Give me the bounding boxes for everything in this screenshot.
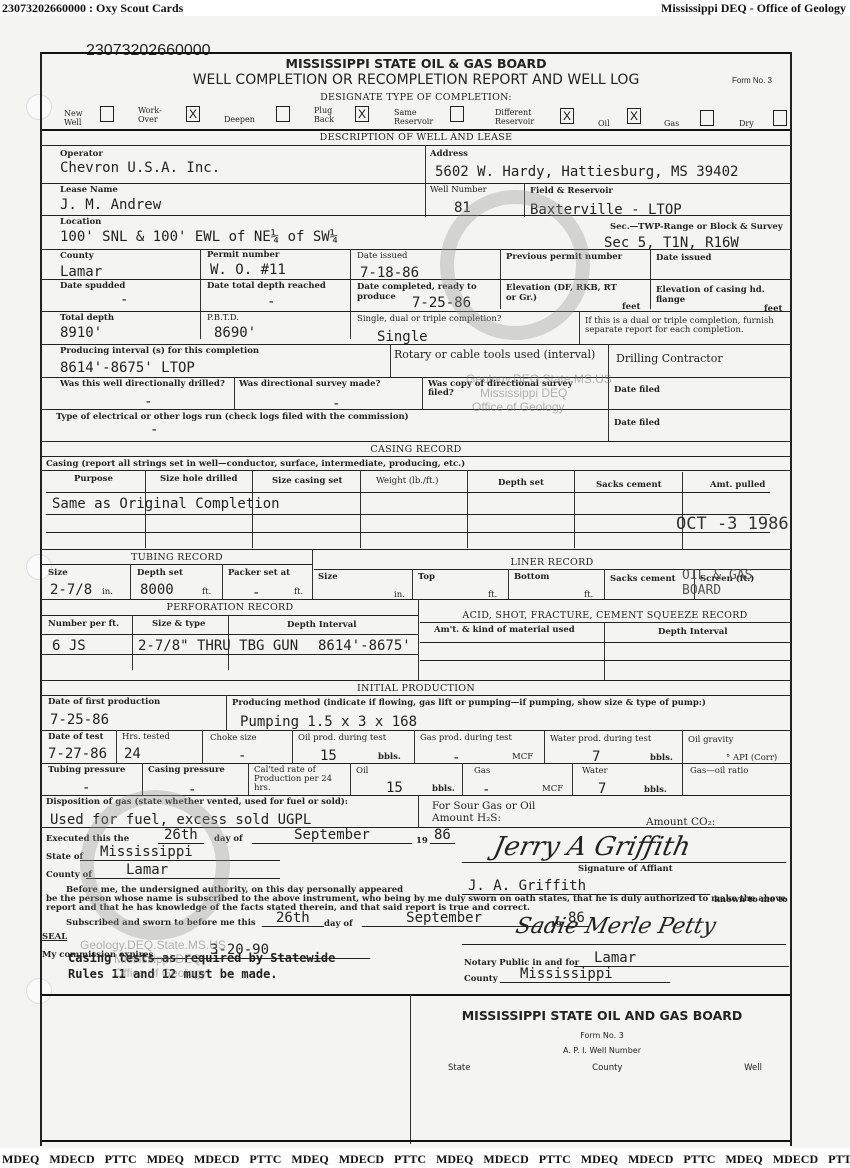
logs-run-value: - (150, 422, 158, 438)
oil-test-value: 15 (320, 748, 337, 764)
tubing-size-value: 2-7/8 (50, 582, 92, 598)
lease-name-value: J. M. Andrew (60, 197, 161, 213)
section-liner: LINER RECORD (314, 557, 790, 568)
county-value: Lamar (60, 264, 102, 280)
section-perforation: PERFORATION RECORD (42, 602, 418, 613)
producing-method-value: Pumping 1.5 x 3 x 168 (240, 714, 417, 730)
date-td-reached-value: - (267, 294, 275, 310)
section-casing: CASING RECORD (42, 444, 790, 455)
watermark-text: Geology.DEQ.State.MS.US (466, 372, 612, 386)
perforation-depth-value: 8614'-8675' (318, 638, 411, 654)
checkbox-plug-back[interactable]: X (355, 106, 369, 122)
appeared-name-value: J. A. Griffith (462, 878, 710, 895)
section-initial-production: INITIAL PRODUCTION (42, 683, 790, 694)
viewer-header: 23073202660000 : Oxy Scout Cards Mississ… (0, 0, 850, 16)
perforation-size-type-value: 2-7/8" THRU TBG GUN (138, 638, 298, 654)
mdeq-watermark-logo (80, 790, 230, 940)
checkbox-work-over[interactable]: X (186, 106, 200, 122)
checkbox-dry[interactable] (773, 110, 787, 126)
notary-state-value: Mississippi (500, 966, 670, 983)
checkbox-deepen[interactable] (276, 106, 290, 122)
total-depth-value: 8910' (60, 325, 102, 341)
perforation-number-value: 6 JS (52, 638, 86, 654)
section-description: DESCRIPTION OF WELL AND LEASE (42, 132, 790, 143)
received-date-stamp: OCT -3 1986 (676, 514, 789, 534)
permit-number-value: W. O. #11 (210, 262, 286, 278)
agency-title: Mississippi DEQ - Office of Geology (661, 0, 846, 16)
location-value: 100' SNL & 100' EWL of NE¼ of SW¼ (60, 229, 338, 245)
checkbox-different-reservoir[interactable]: X (560, 108, 574, 124)
mdeq-watermark-logo (440, 190, 590, 340)
board-footer-block: MISSISSIPPI STATE OIL AND GAS BOARD Form… (412, 1008, 792, 1073)
tubing-depth-value: 8000 (140, 582, 174, 598)
directional-drilled-value: - (144, 394, 152, 410)
form-title-report: WELL COMPLETION OR RECOMPLETION REPORT A… (42, 72, 790, 88)
checkbox-new-well[interactable] (100, 106, 114, 122)
checkbox-gas[interactable] (700, 110, 714, 126)
hours-tested-value: 24 (124, 746, 141, 762)
checkbox-oil[interactable]: X (627, 108, 641, 124)
notary-signature: Sadie Merle Petty (513, 914, 718, 939)
executed-month-value: September (252, 827, 412, 844)
section-acid: ACID, SHOT, FRACTURE, CEMENT SQUEEZE REC… (420, 610, 790, 621)
address-value: 5602 W. Hardy, Hattiesburg, MS 39402 (435, 164, 738, 180)
sworn-day-value: 26th (262, 910, 324, 927)
board-stamp: OIL & GAS BOARD (682, 568, 790, 598)
pbtd-value: 8690' (214, 325, 256, 341)
operator-value: Chevron U.S.A. Inc. (60, 160, 220, 176)
form-title-board: MISSISSIPPI STATE OIL & GAS BOARD (42, 56, 790, 71)
date-spudded-value: - (120, 292, 128, 308)
notary-county-value: Lamar (574, 950, 789, 967)
tubing-pressure-value: - (82, 780, 90, 796)
choke-size-value: - (238, 748, 246, 764)
form-number: Form No. 3 (732, 76, 772, 85)
completion-count-value: Single (377, 329, 428, 345)
casing-purpose-value: Same as Original Completion (52, 496, 280, 512)
document-id-title: 23073202660000 : Oxy Scout Cards (2, 0, 183, 16)
first-production-value: 7-25-86 (50, 712, 109, 728)
footer-tags: MDEQMDECDPTTCMDEQMDECDPTTCMDEQMDECDPTTCM… (0, 1150, 850, 1168)
producing-interval-value: 8614'-8675' LTOP (60, 360, 195, 376)
checkbox-same-reservoir[interactable] (450, 106, 464, 122)
test-date-value: 7-27-86 (48, 746, 107, 762)
executed-year-value: 86 (430, 827, 455, 844)
affiant-signature: Jerry A Griffith (491, 832, 693, 862)
sworn-month-value: September (362, 910, 542, 927)
section-tubing: TUBING RECORD (42, 552, 312, 563)
oil-rate-value: 15 (386, 780, 403, 796)
designate-label: DESIGNATE TYPE OF COMPLETION: (42, 92, 790, 103)
